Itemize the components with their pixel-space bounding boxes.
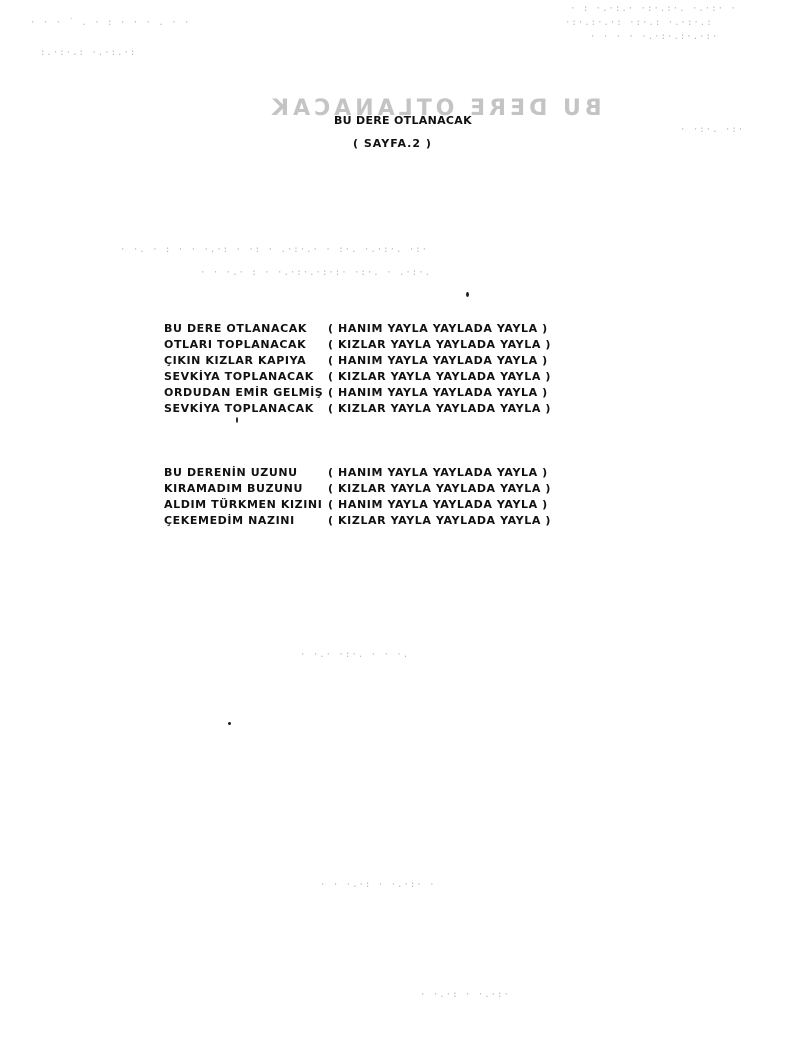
refrain-text: ( HANIM YAYLA YAYLADA YAYLA ) (328, 353, 548, 369)
verse-text: ÇEKEMEDİM NAZINI (164, 513, 328, 529)
verse-text: ALDIM TÜRKMEN KIZINI (164, 497, 328, 513)
stanza-2: BU DERENİN UZUNU ( HANIM YAYLA YAYLADA Y… (164, 465, 548, 529)
verse-text: SEVKİYA TOPLANACAK (164, 369, 328, 385)
lyric-line: ÇEKEMEDİM NAZINI ( KIZLAR YAYLA YAYLADA … (164, 513, 548, 529)
lyric-line: BU DERENİN UZUNU ( HANIM YAYLA YAYLADA Y… (164, 465, 548, 481)
bleed-through-noise: · ·:·. ·:· (680, 125, 744, 135)
stanza-1: BU DERE OTLANACAK ( HANIM YAYLA YAYLADA … (164, 321, 548, 417)
bleed-through-noise: · : ·.·:.· ·:·.:·. ·.·:· · (570, 4, 737, 14)
lyric-line: ÇIKIN KIZLAR KAPIYA ( HANIM YAYLA YAYLAD… (164, 353, 548, 369)
refrain-text: ( KIZLAR YAYLA YAYLADA YAYLA ) (328, 337, 548, 353)
verse-text: BU DERENİN UZUNU (164, 465, 328, 481)
verse-text: OTLARI TOPLANACAK (164, 337, 328, 353)
lyric-line: SEVKİYA TOPLANACAK ( KIZLAR YAYLA YAYLAD… (164, 401, 548, 417)
lyric-line: KIRAMADIM BUZUNU ( KIZLAR YAYLA YAYLADA … (164, 481, 548, 497)
bleed-through-noise: · · · ˙ . · : · · · . · · (30, 18, 190, 28)
bleed-through-noise: :.·:·.: ·.·:.·: (40, 48, 136, 58)
scan-speck (466, 292, 469, 297)
document-title: BU DERE OTLANACAK (334, 114, 472, 127)
verse-text: KIRAMADIM BUZUNU (164, 481, 328, 497)
bleed-through-noise: · · ·.·: · ·.·:· · (320, 880, 436, 890)
verse-text: ÇIKIN KIZLAR KAPIYA (164, 353, 328, 369)
lyric-line: ALDIM TÜRKMEN KIZINI ( HANIM YAYLA YAYLA… (164, 497, 548, 513)
bleed-through-noise: ·:·.:·.·: ·:·.: ·.·:·.: (565, 18, 713, 28)
refrain-text: ( HANIM YAYLA YAYLADA YAYLA ) (328, 321, 548, 337)
verse-text: BU DERE OTLANACAK (164, 321, 328, 337)
bleed-through-noise: · ·. · : · · ·.·: · ·: · .·:·.· · :·. ·.… (120, 245, 428, 255)
bleed-through-noise: · · · · ·.·:·.:·.·:· (590, 32, 718, 42)
refrain-text: ( KIZLAR YAYLA YAYLADA YAYLA ) (328, 481, 548, 497)
refrain-text: ( KIZLAR YAYLA YAYLADA YAYLA ) (328, 369, 548, 385)
lyric-line: OTLARI TOPLANACAK ( KIZLAR YAYLA YAYLADA… (164, 337, 548, 353)
page-marker: ( SAYFA.2 ) (353, 137, 432, 150)
refrain-text: ( KIZLAR YAYLA YAYLADA YAYLA ) (328, 401, 548, 417)
lyric-line: ORDUDAN EMİR GELMİŞ ( HANIM YAYLA YAYLAD… (164, 385, 548, 401)
verse-text: SEVKİYA TOPLANACAK (164, 401, 328, 417)
refrain-text: ( HANIM YAYLA YAYLADA YAYLA ) (328, 465, 548, 481)
lyric-line: SEVKİYA TOPLANACAK ( KIZLAR YAYLA YAYLAD… (164, 369, 548, 385)
scan-speck (228, 722, 231, 725)
lyric-line: BU DERE OTLANACAK ( HANIM YAYLA YAYLADA … (164, 321, 548, 337)
refrain-text: ( KIZLAR YAYLA YAYLADA YAYLA ) (328, 513, 548, 529)
scan-speck (236, 417, 238, 423)
refrain-text: ( HANIM YAYLA YAYLADA YAYLA ) (328, 497, 548, 513)
bleed-through-noise: · · ·.· : · ·.·:·.·:·:· ·:·. · .·:·. (200, 268, 431, 278)
verse-text: ORDUDAN EMİR GELMİŞ (164, 385, 328, 401)
bleed-through-noise: · ·.·: · ·.·:· (420, 990, 510, 1000)
bleed-through-noise: · ·.· ·:·. · · ·. (300, 650, 409, 660)
refrain-text: ( HANIM YAYLA YAYLADA YAYLA ) (328, 385, 548, 401)
